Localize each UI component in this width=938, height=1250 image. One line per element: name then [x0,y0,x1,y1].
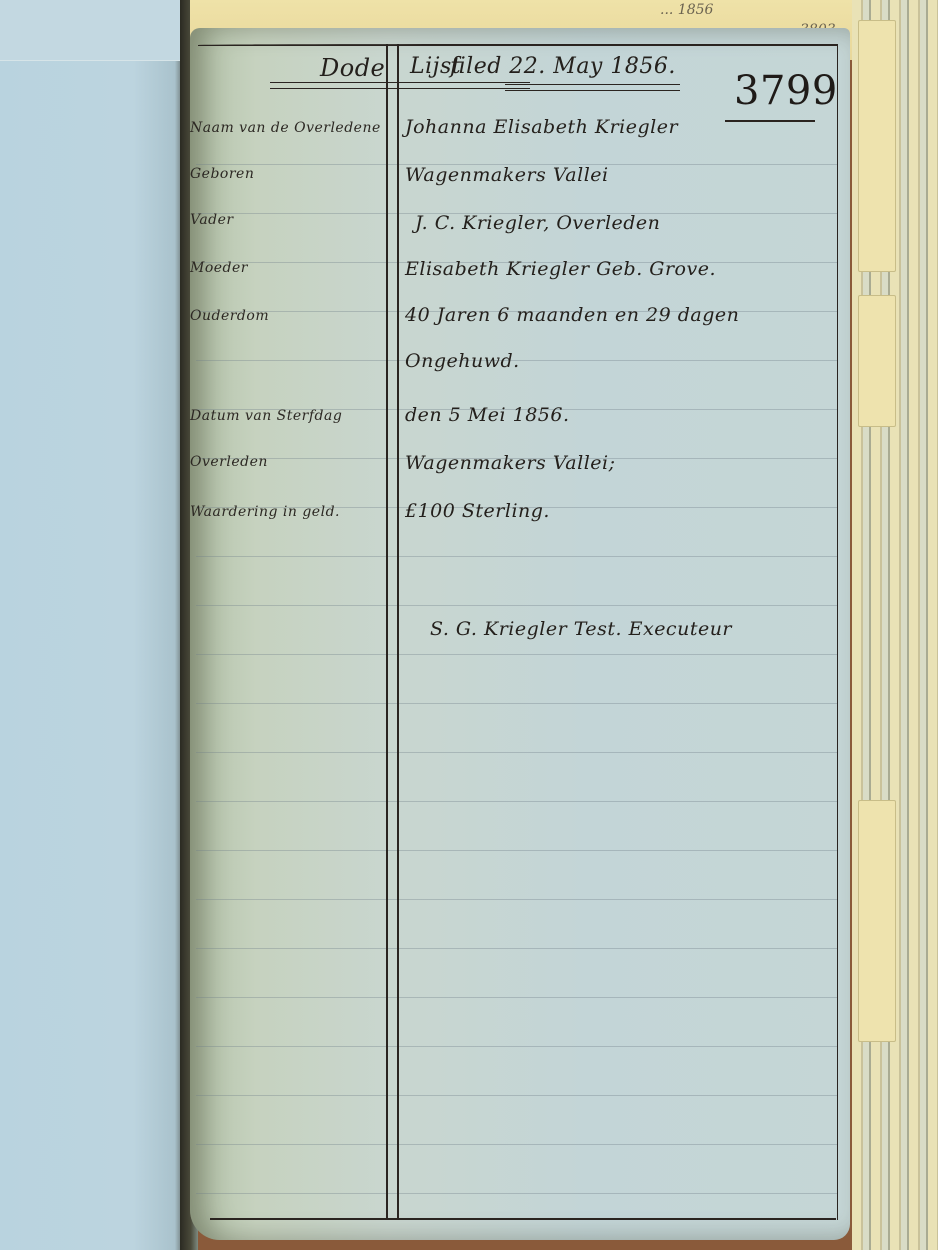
register-page: Dode Lijst filed 22. May 1856. 3799 Naam… [190,28,850,1240]
column-divider [397,44,399,1220]
under-sheet-fragment: ... 1856 [660,2,713,18]
field-label-date-of-death: Datum van Sterfdag [190,408,342,424]
field-value-valuation: £100 Sterling. [405,500,550,522]
executor-signature: S. G. Kriegler Test. Executeur [430,618,732,640]
field-value-marital-status: Ongehuwd. [405,350,520,372]
field-value-date-of-death: den 5 Mei 1856. [405,404,570,426]
field-value-place-of-death: Wagenmakers Vallei; [405,452,616,474]
ruled-lines [196,118,838,1200]
field-label-mother: Moeder [190,260,248,276]
frame-line-top [198,44,838,46]
left-page-fold [0,0,185,61]
field-label-name: Naam van de Overledene [190,120,381,136]
field-label-born: Geboren [190,166,254,182]
frame-line-right [837,44,839,1220]
stacked-page-edges [852,0,938,1250]
frame-line-bottom [210,1218,836,1220]
field-label-valuation: Waardering in geld. [190,504,340,520]
entry-number-underline [725,120,815,122]
field-value-name: Johanna Elisabeth Kriegler [405,116,678,138]
header-filed-note: filed 22. May 1856. [450,54,676,79]
page-edge-tab [858,800,896,1042]
field-value-born: Wagenmakers Vallei [405,164,609,186]
page-edge-tab [858,295,896,427]
field-value-age: 40 Jaren 6 maanden en 29 dagen [405,304,739,326]
header-double-underline [270,82,530,89]
field-label-place-of-death: Overleden [190,454,268,470]
field-label-age: Ouderdom [190,308,269,324]
page-edge-tab [858,20,896,272]
field-value-father: J. C. Kriegler, Overleden [415,212,660,234]
column-divider [386,44,388,1220]
entry-number: 3799 [734,68,838,114]
left-facing-page [0,0,190,1250]
field-value-mother: Elisabeth Kriegler Geb. Grove. [405,258,716,280]
header-left-heading: Dode [320,54,385,82]
filed-note-underline [505,84,680,91]
field-label-father: Vader [190,212,234,228]
